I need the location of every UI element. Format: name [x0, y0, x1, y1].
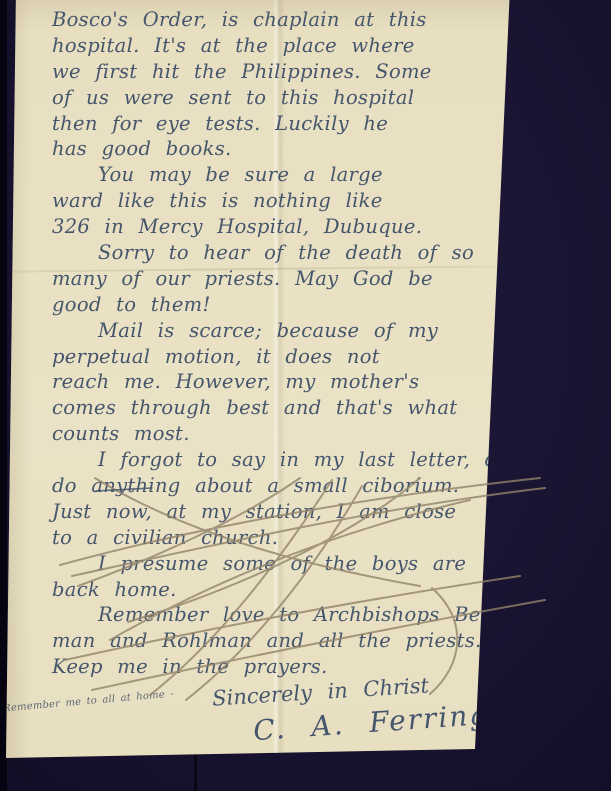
letter-line: You may be sure a large: [52, 163, 504, 189]
letter-line-struck: do anything about a small ciborium.: [52, 474, 504, 500]
letter-line: of us were sent to this hospital: [52, 86, 504, 112]
letter-line: reach me. However, my mother's: [52, 370, 504, 396]
letter-line: Bosco's Order, is chaplain at this: [52, 8, 504, 34]
letter-paper: Bosco's Order, is chaplain at this hospi…: [0, 0, 611, 791]
letter-line-struck: I presume some of the boys are: [52, 552, 504, 578]
letter-line-struck: to a civilian church.: [52, 526, 504, 552]
letter-line-struck: back home.: [52, 578, 504, 604]
letter-line: hospital. It's at the place where: [52, 34, 504, 60]
background-left-strip: [0, 0, 7, 791]
letter-line: Sorry to hear of the death of so: [52, 241, 504, 267]
letter-line: then for eye tests. Luckily he: [52, 112, 504, 138]
letter-line: perpetual motion, it does not: [52, 345, 504, 371]
letter-line-struck: I forgot to say in my last letter, don't: [52, 448, 504, 474]
letter-line-struck: Remember love to Archbishops Beck-: [52, 603, 504, 629]
pencil-margin-note: Remember me to all at home -: [3, 689, 174, 715]
letter-line: 326 in Mercy Hospital, Dubuque.: [52, 215, 504, 241]
letter-line: ward like this is nothing like: [52, 189, 504, 215]
letter-line: we first hit the Philippines. Some: [52, 60, 504, 86]
letter-line: counts most.: [52, 422, 504, 448]
letter-line: comes through best and that's what: [52, 396, 504, 422]
letter-line: Mail is scarce; because of my: [52, 319, 504, 345]
letter-line: good to them!: [52, 293, 504, 319]
letter-line-struck: Keep me in the prayers.: [52, 655, 504, 681]
background-crease: [194, 748, 197, 791]
letter-line-struck: man and Rohlman and all the priests.: [52, 629, 504, 655]
letter-body: Bosco's Order, is chaplain at this hospi…: [52, 8, 504, 681]
letter-line: has good books.: [52, 137, 504, 163]
letter-line: many of our priests. May God be: [52, 267, 504, 293]
photo-of-letter: Bosco's Order, is chaplain at this hospi…: [0, 0, 611, 791]
letter-line-struck: Just now, at my station, I am close: [52, 500, 504, 526]
